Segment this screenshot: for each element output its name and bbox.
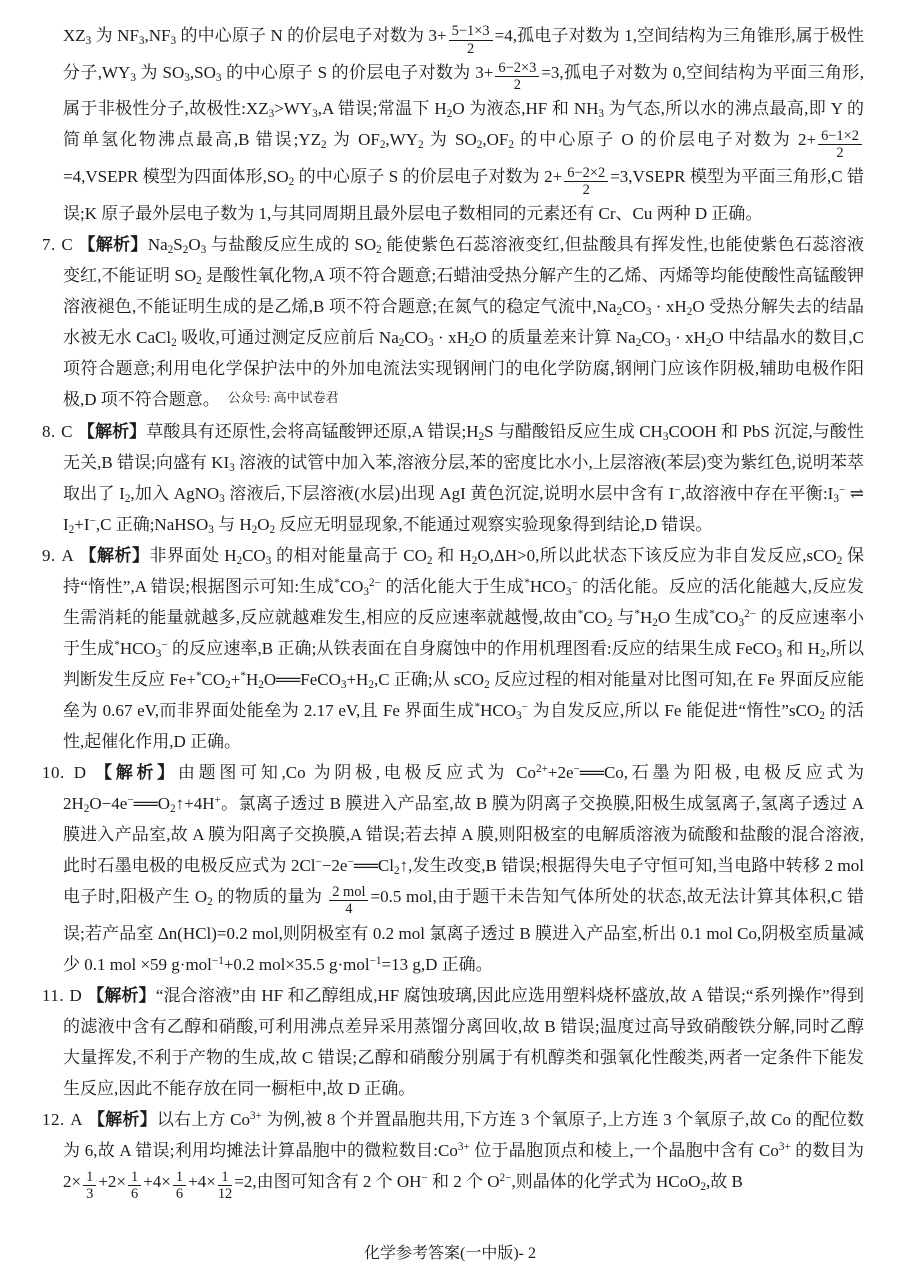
solution-7: 7. C 【解析】Na2S2O3 与盐酸反应生成的 SO2 能使紫色石蕊溶液变红…	[42, 229, 864, 416]
analysis-label: 【解析】	[78, 422, 146, 441]
fraction: 13	[83, 1169, 96, 1202]
solution-11: 11. D 【解析】“混合溶液”由 HF 和乙醇组成,HF 腐蚀玻璃,因此应选用…	[42, 980, 864, 1104]
answer-letter: C	[60, 235, 73, 254]
answer-letter: A	[61, 546, 75, 565]
analysis-label: 【解析】	[95, 763, 178, 782]
answer-letter: A	[69, 1110, 83, 1129]
analysis-label: 【解析】	[87, 986, 156, 1005]
watermark-label: 公众号:	[228, 390, 271, 405]
fraction: 2 mol4	[329, 884, 368, 917]
solution-10: 10. D 【解析】由题图可知,Co 为阴极,电极反应式为 Co2++2e−══…	[42, 757, 864, 980]
solution-text: “混合溶液”由 HF 和乙醇组成,HF 腐蚀玻璃,因此应选用塑料烧杯盛放,故 A…	[63, 986, 864, 1098]
solution-text: 以右上方 Co3+ 为例,被 8 个并置晶胞共用,下方连 3 个氧原子,上方连 …	[63, 1110, 864, 1191]
solution-text: Na2S2O3 与盐酸反应生成的 SO2 能使紫色石蕊溶液变红,但盐酸具有挥发性…	[63, 235, 864, 409]
solution-text: 由题图可知,Co 为阴极,电极反应式为 Co2++2e−══Co,石墨为阳极,电…	[63, 763, 864, 974]
analysis-label: 【解析】	[80, 546, 150, 565]
analysis-label: 【解析】	[88, 1110, 157, 1129]
question-number: 8.	[42, 422, 56, 441]
solution-8: 8. C 【解析】草酸具有还原性,会将高锰酸钾还原,A 错误;H2S 与醋酸铅反…	[42, 416, 864, 540]
question-number: 7.	[42, 235, 56, 254]
fraction: 112	[218, 1169, 232, 1202]
fraction: 6−2×22	[564, 165, 608, 198]
solution-text: XZ3 为 NF3,NF3 的中心原子 N 的价层电子对数为 3+5−1×32=…	[63, 26, 864, 223]
question-number: 9.	[42, 546, 56, 565]
answer-letter: D	[69, 986, 83, 1005]
fraction: 16	[128, 1169, 141, 1202]
answer-letter: D	[73, 763, 87, 782]
solution-12: 12. A 【解析】以右上方 Co3+ 为例,被 8 个并置晶胞共用,下方连 3…	[42, 1104, 864, 1203]
question-number: 10.	[42, 763, 65, 782]
fraction: 16	[173, 1169, 186, 1202]
fraction: 6−2×32	[495, 60, 539, 93]
fraction: 6−1×22	[818, 128, 862, 161]
solution-text: 草酸具有还原性,会将高锰酸钾还原,A 错误;H2S 与醋酸铅反应生成 CH3CO…	[63, 422, 864, 534]
watermark: 公众号: 高中试卷君	[228, 390, 339, 405]
fraction: 5−1×32	[449, 23, 493, 56]
answer-letter: C	[60, 422, 73, 441]
page-footer: 化学参考答案(一中版)- 2	[0, 1242, 900, 1266]
question-number: 12.	[42, 1110, 65, 1129]
solution-6-continuation: XZ3 为 NF3,NF3 的中心原子 N 的价层电子对数为 3+5−1×32=…	[42, 20, 864, 229]
watermark-name: 高中试卷君	[274, 390, 339, 405]
solution-9: 9. A 【解析】非界面处 H2CO3 的相对能量高于 CO2 和 H2O,ΔH…	[42, 540, 864, 757]
solution-text: 非界面处 H2CO3 的相对能量高于 CO2 和 H2O,ΔH>0,所以此状态下…	[63, 546, 864, 751]
answer-key-page: XZ3 为 NF3,NF3 的中心原子 N 的价层电子对数为 3+5−1×32=…	[0, 0, 900, 1272]
footer-text: 化学参考答案(一中版)- 2	[364, 1245, 536, 1262]
question-number: 11.	[42, 986, 64, 1005]
analysis-label: 【解析】	[78, 235, 147, 254]
